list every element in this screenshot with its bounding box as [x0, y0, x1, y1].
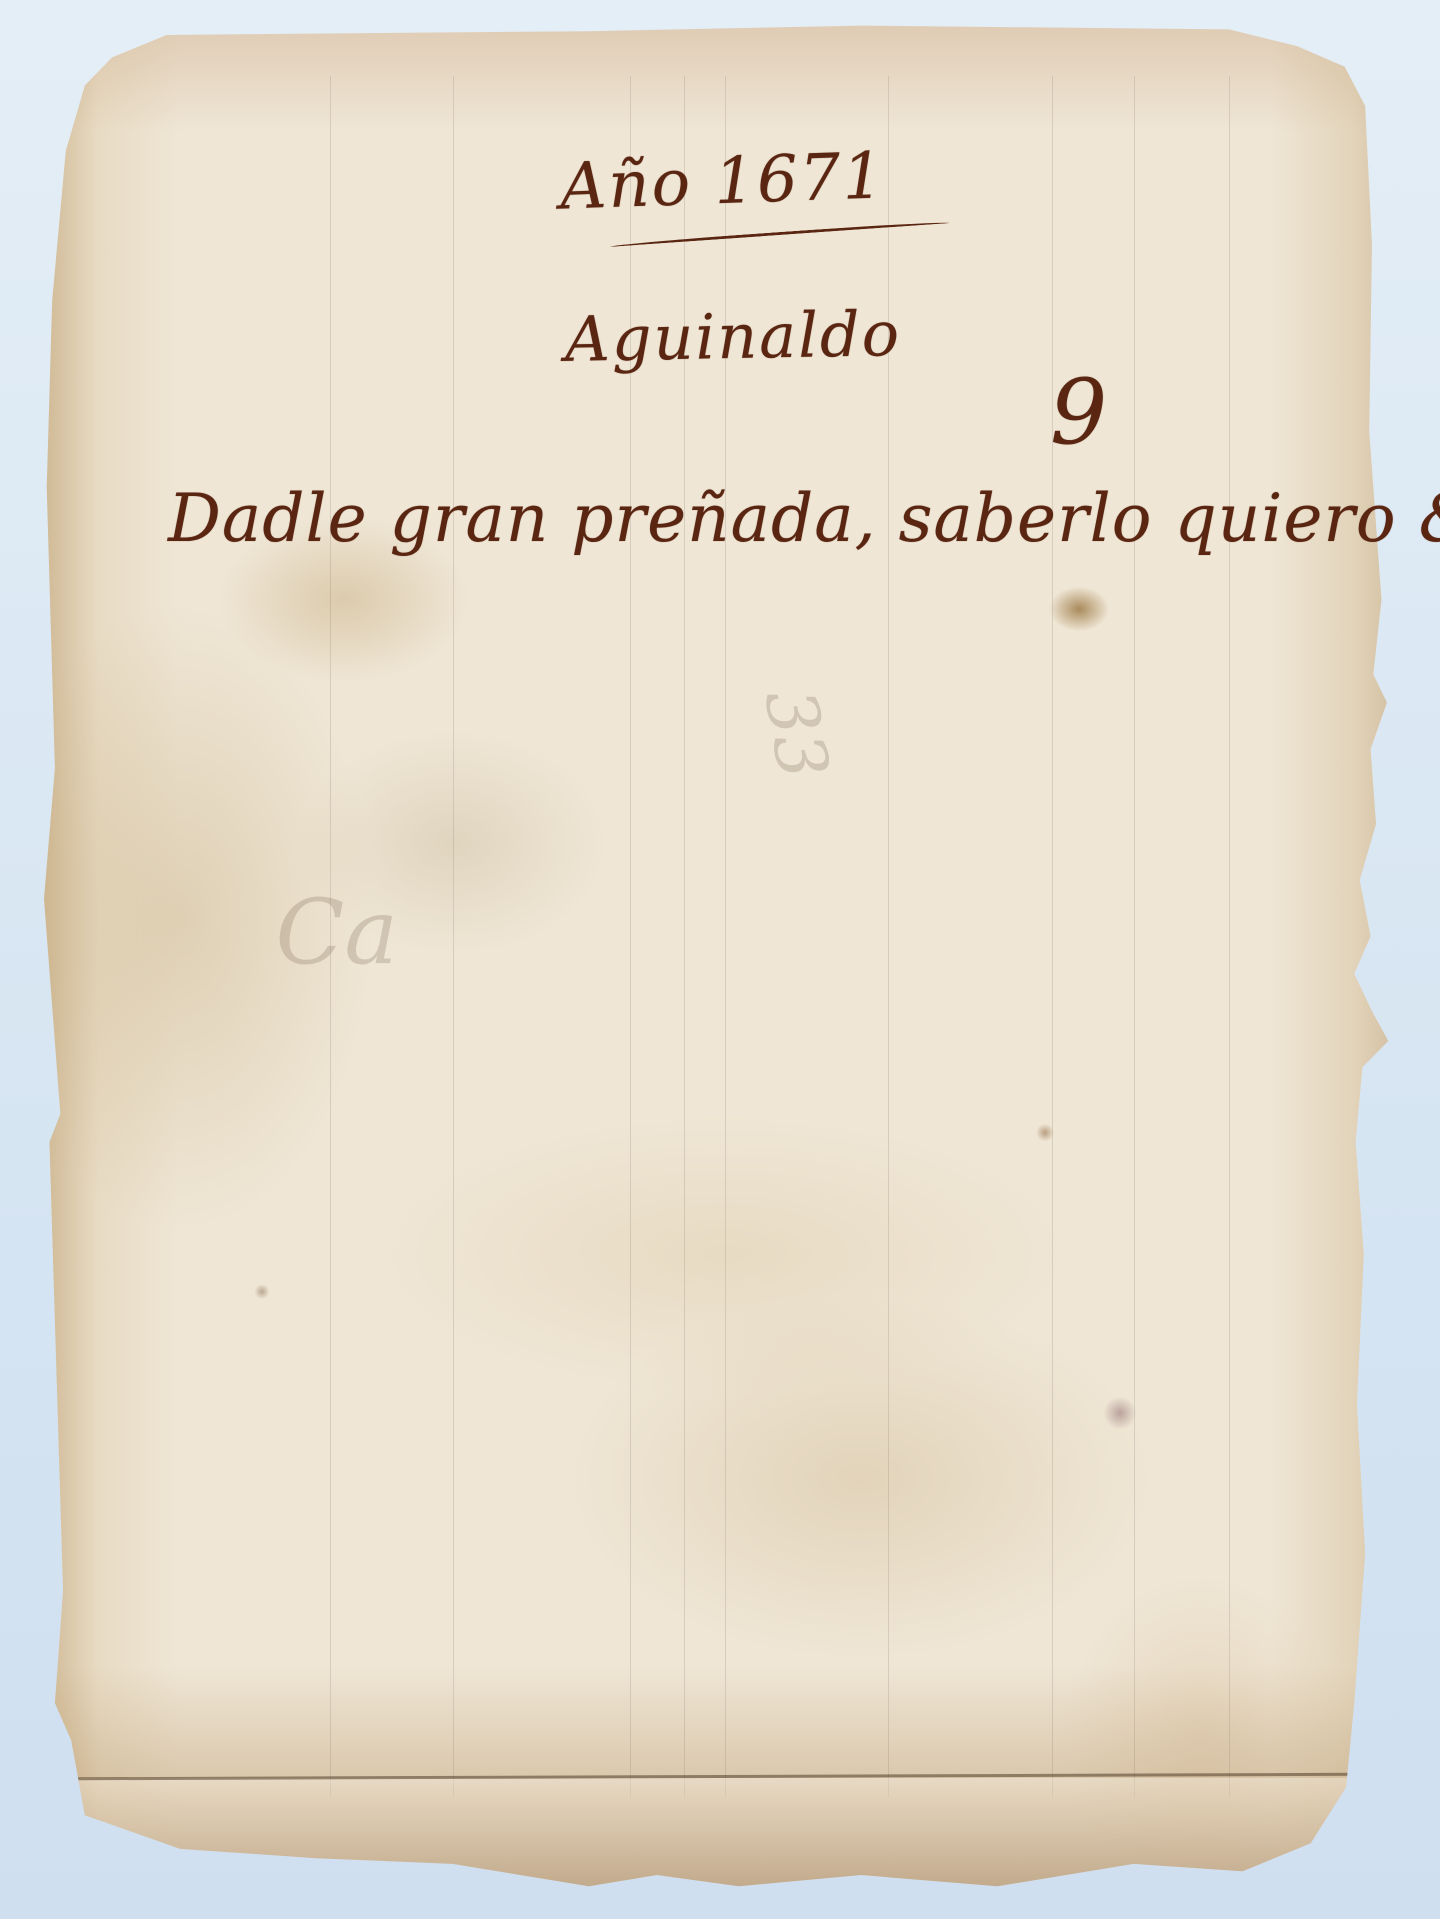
closing-flourish-mark: 9	[1050, 360, 1109, 465]
ruled-line	[1134, 76, 1135, 1796]
photo-backdrop: 33 Ca Año 1671 Aguinaldo 9 Dadle gran pr…	[0, 0, 1440, 1919]
folded-bottom-flap	[71, 1778, 1351, 1890]
year-line: Año 1671	[559, 139, 887, 224]
ruled-line	[1229, 76, 1230, 1796]
ruled-line	[1052, 76, 1053, 1796]
heading-aguinaldo: Aguinaldo	[564, 297, 901, 376]
faint-pencil-mark: 33	[749, 683, 845, 785]
faint-pencil-mark: Ca	[276, 880, 399, 985]
ruled-line	[453, 76, 454, 1796]
main-phrase: Dadle gran preñada, saberlo quiero &ª	[168, 480, 1440, 557]
